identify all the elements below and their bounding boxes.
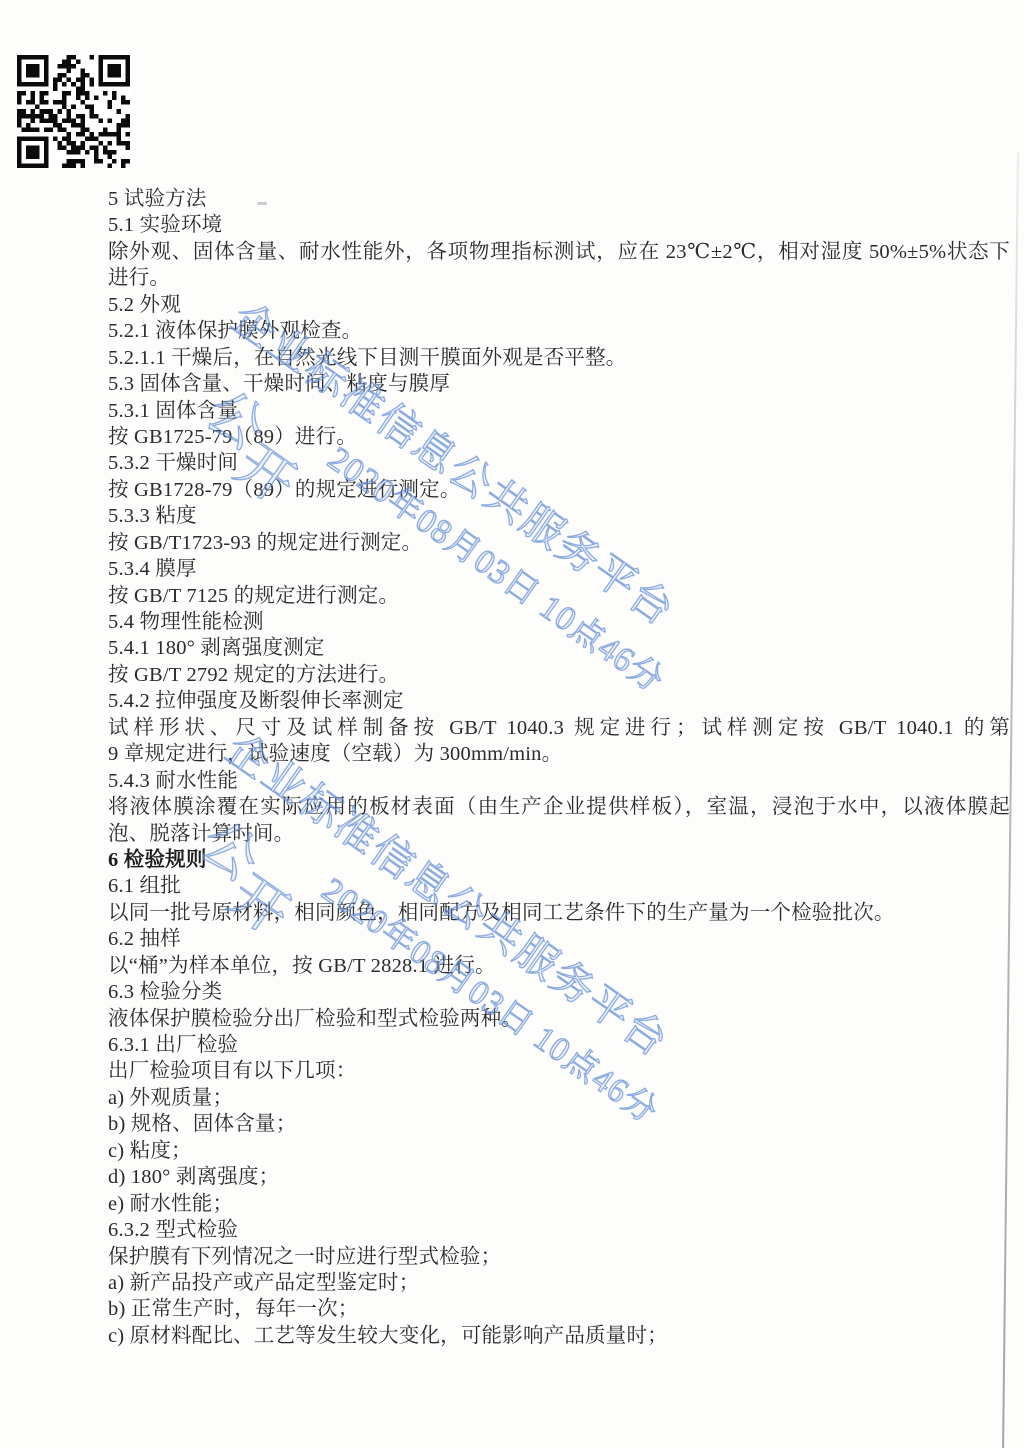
text-line: 5 试验方法 — [108, 186, 1010, 212]
text-line: 泡、脱落计算时间。 — [108, 821, 1010, 847]
list-item: b) 规格、固体含量； — [108, 1111, 1010, 1137]
text-line: 5.4 物理性能检测 — [108, 609, 1010, 635]
list-item: a) 外观质量； — [108, 1085, 1010, 1111]
text-line: 5.3.2 干燥时间 — [108, 450, 1010, 476]
text-line: 液体保护膜检验分出厂检验和型式检验两种。 — [108, 1006, 1010, 1032]
text-line: 按 GB/T 2792 规定的方法进行。 — [108, 662, 1010, 688]
text-line: 试样形状、尺寸及试样制备按 GB/T 1040.3 规定进行；试样测定按 GB/… — [108, 715, 1010, 741]
text-line: 5.2.1 液体保护膜外观检查。 — [108, 318, 1010, 344]
document-page: 5 试验方法 5.1 实验环境 除外观、固体含量、耐水性能外，各项物理指标测试，… — [0, 0, 1024, 1448]
list-item: e) 耐水性能； — [108, 1191, 1010, 1217]
text-line: 以同一批号原材料，相同颜色，相同配方及相同工艺条件下的生产量为一个检验批次。 — [108, 900, 1010, 926]
list-item: a) 新产品投产或产品定型鉴定时； — [108, 1270, 1010, 1296]
text-line: 保护膜有下列情况之一时应进行型式检验； — [108, 1244, 1010, 1270]
list-item: c) 粘度； — [108, 1138, 1010, 1164]
text-line: 进行。 — [108, 265, 1010, 291]
document-text: 5 试验方法 5.1 实验环境 除外观、固体含量、耐水性能外，各项物理指标测试，… — [108, 186, 1010, 1349]
text-line: 5.4.2 拉伸强度及断裂伸长率测定 — [108, 688, 1010, 714]
qr-code — [17, 55, 130, 168]
text-line: 5.4.1 180° 剥离强度测定 — [108, 635, 1010, 661]
text-line: 按 GB1725-79（89）进行。 — [108, 424, 1010, 450]
text-line: 按 GB/T 7125 的规定进行测定。 — [108, 583, 1010, 609]
text-line: 5.4.3 耐水性能 — [108, 768, 1010, 794]
text-line: 6.2 抽样 — [108, 926, 1010, 952]
section-heading: 6 检验规则 — [108, 847, 1010, 873]
text-line: 6.3.1 出厂检验 — [108, 1032, 1010, 1058]
text-line: 以“桶”为样本单位，按 GB/T 2828.1 进行。 — [108, 953, 1010, 979]
text-line: 6.3 检验分类 — [108, 979, 1010, 1005]
list-item: c) 原材料配比、工艺等发生较大变化，可能影响产品质量时； — [108, 1323, 1010, 1349]
text-line: 5.1 实验环境 — [108, 212, 1010, 238]
text-line: 5.2.1.1 干燥后，在自然光线下目测干膜面外观是否平整。 — [108, 345, 1010, 371]
text-line: 5.3.1 固体含量 — [108, 398, 1010, 424]
text-line: 5.2 外观 — [108, 292, 1010, 318]
text-line: 6.3.2 型式检验 — [108, 1217, 1010, 1243]
text-line: 按 GB1728-79（89）的规定进行测定。 — [108, 477, 1010, 503]
text-line: 除外观、固体含量、耐水性能外，各项物理指标测试，应在 23℃±2℃，相对湿度 5… — [108, 239, 1010, 265]
text-line: 5.3.3 粘度 — [108, 503, 1010, 529]
text-line: 5.3.4 膜厚 — [108, 556, 1010, 582]
list-item: b) 正常生产时，每年一次； — [108, 1296, 1010, 1322]
text-line: 将液体膜涂覆在实际应用的板材表面（由生产企业提供样板），室温，浸泡于水中，以液体… — [108, 794, 1010, 820]
text-line: 6.1 组批 — [108, 873, 1010, 899]
text-line: 9 章规定进行，试验速度（空载）为 300mm/min。 — [108, 741, 1010, 767]
list-item: d) 180° 剥离强度； — [108, 1164, 1010, 1190]
text-line: 出厂检验项目有以下几项： — [108, 1058, 1010, 1084]
text-line: 5.3 固体含量、干燥时间、粘度与膜厚 — [108, 371, 1010, 397]
text-line: 按 GB/T1723-93 的规定进行测定。 — [108, 530, 1010, 556]
